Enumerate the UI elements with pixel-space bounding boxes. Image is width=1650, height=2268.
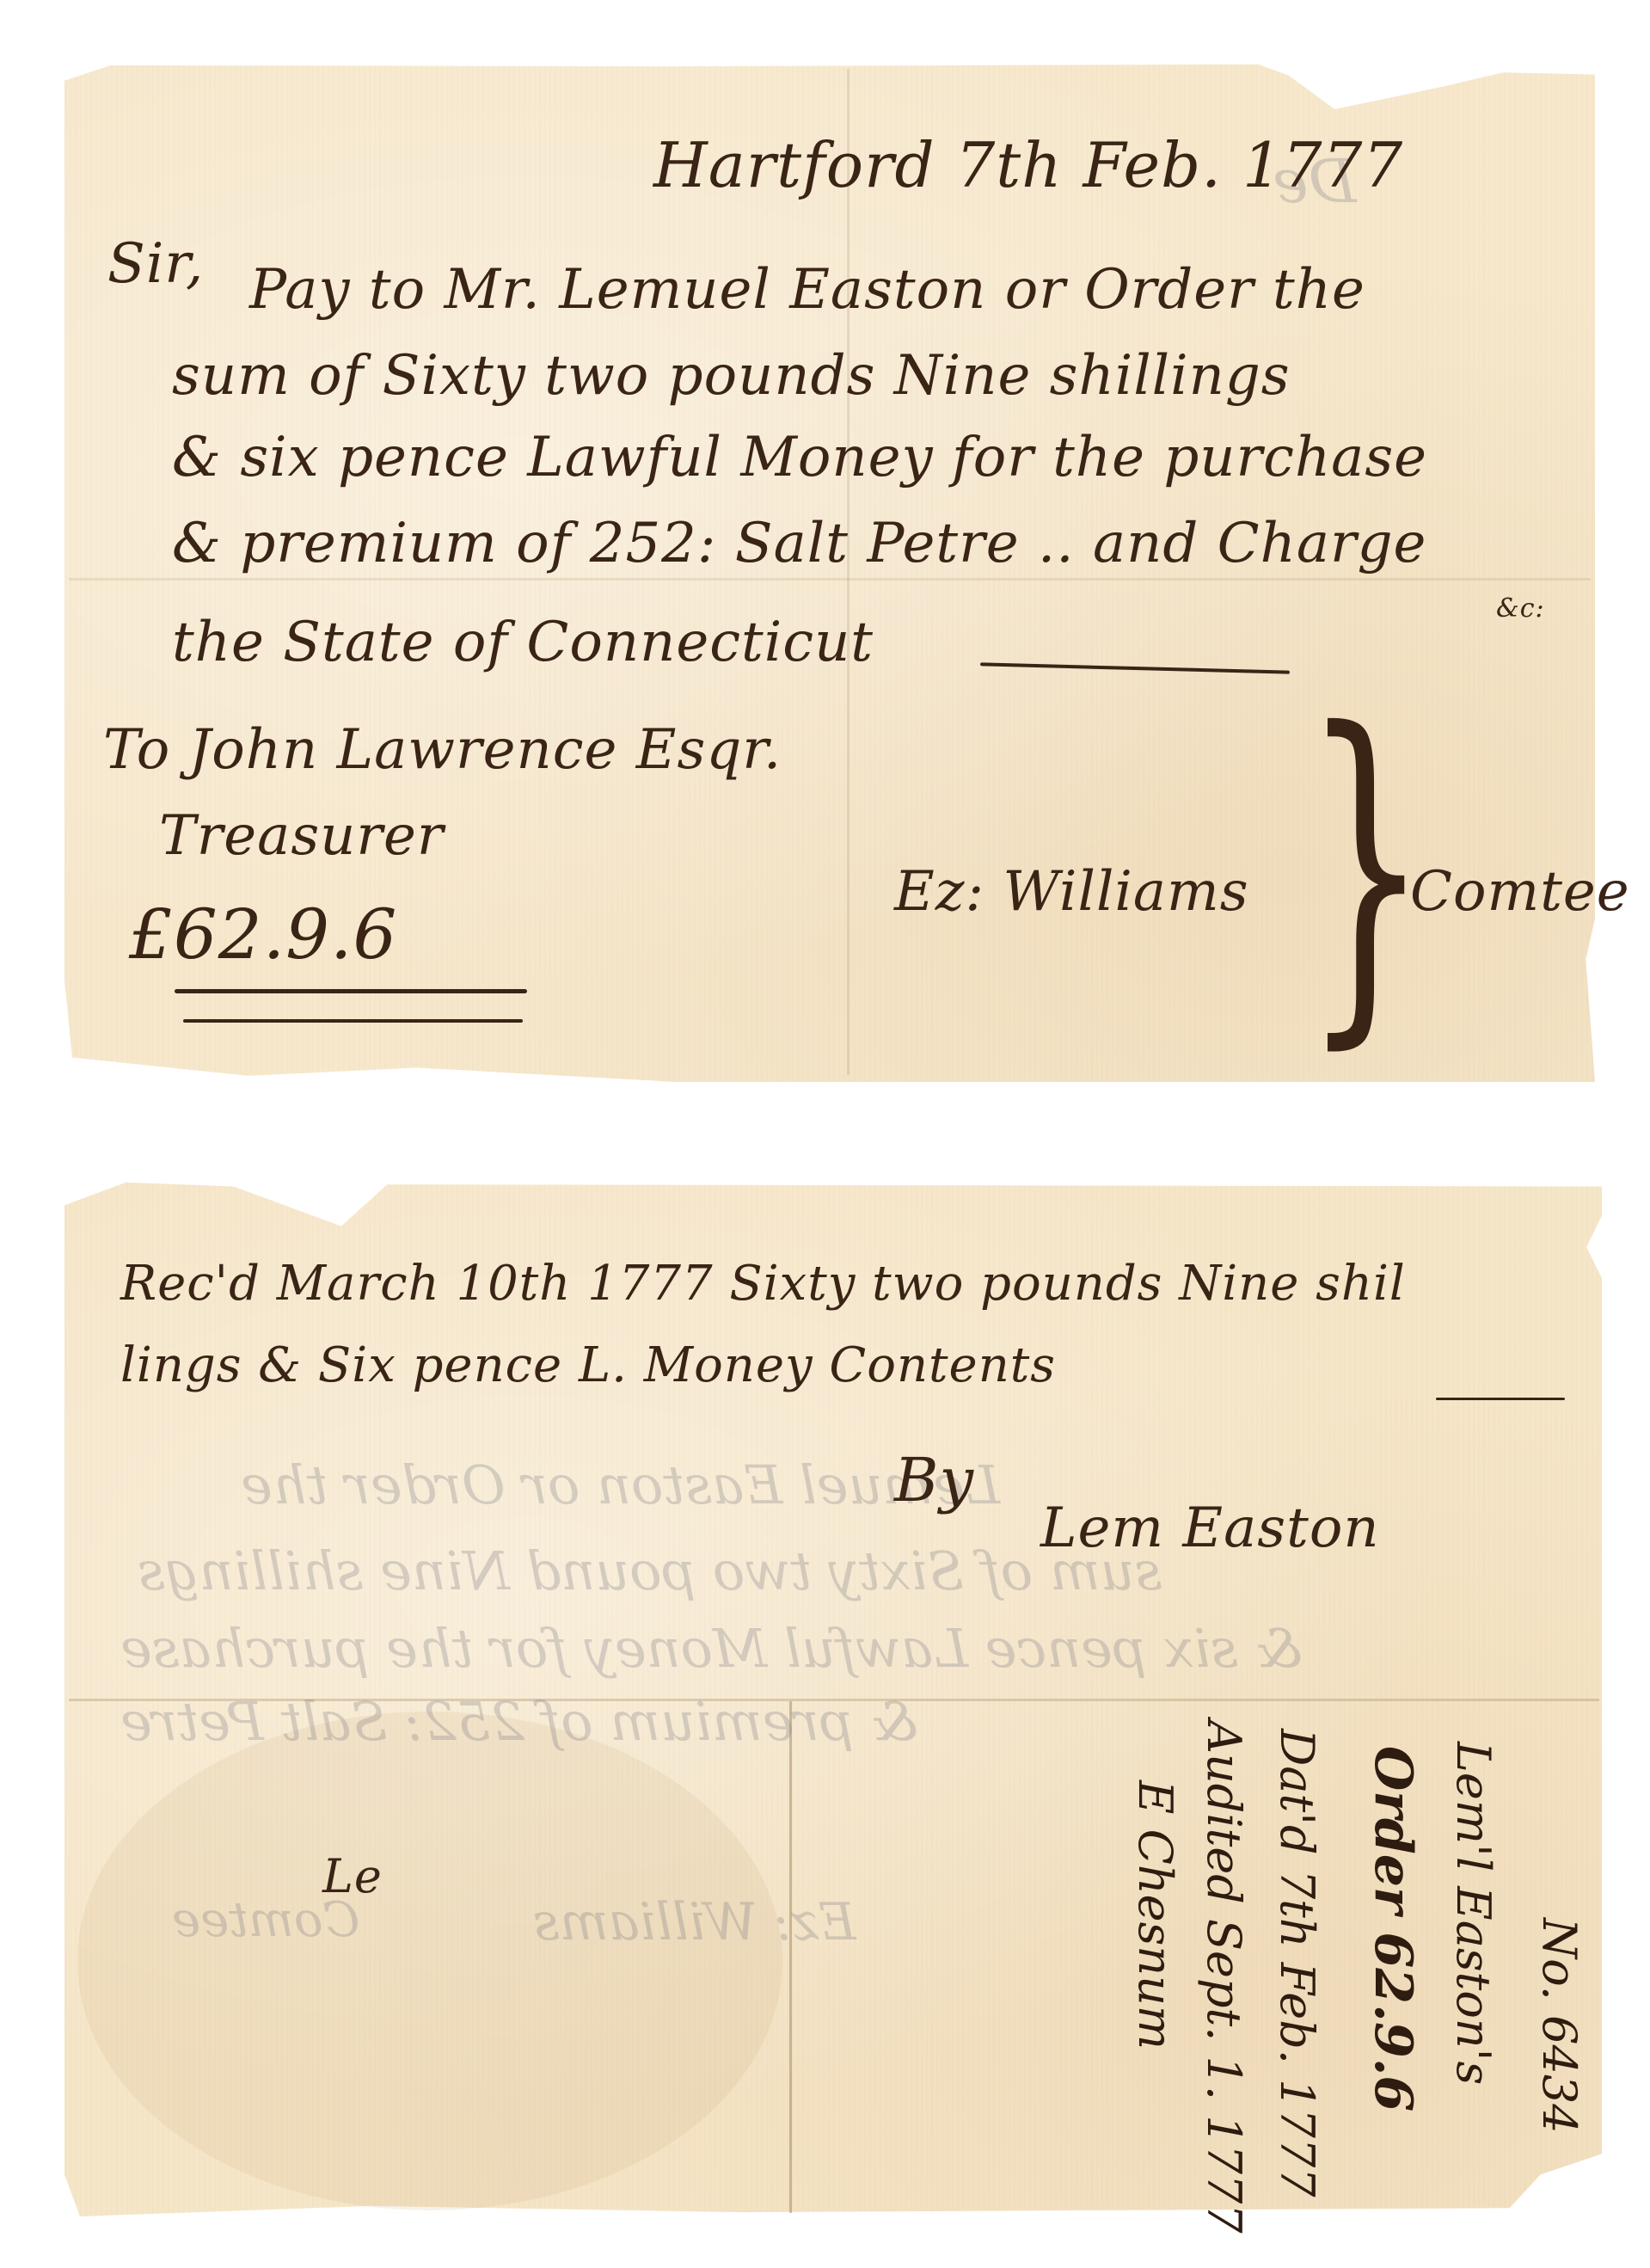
- addressee-line-1: To John Lawrence Esqr.: [103, 718, 782, 782]
- receipt-line-2: lings & Six pence L. Money Contents: [120, 1337, 1056, 1393]
- receipt-by: By: [894, 1445, 974, 1515]
- vertical-fold-line: [789, 1701, 792, 2213]
- bleed-through-line-3: & six pence Lawful Money for the purchas…: [120, 1617, 1303, 1680]
- salutation: Sir,: [107, 232, 204, 296]
- mark-le: Le: [322, 1849, 383, 1903]
- docket-audited: Audited Sept. 1. 1777: [1197, 1720, 1251, 2234]
- body-line-5: the State of Connecticut: [172, 611, 874, 674]
- addressee-line-2: Treasurer: [159, 804, 444, 868]
- bleed-through-line-1: Lemuel Easton or Order the: [241, 1454, 1000, 1516]
- amount: £62.9.6: [129, 894, 397, 974]
- bleed-through-signature: Ez: Williams: [533, 1892, 856, 1952]
- charge-abbrev: &c:: [1496, 593, 1545, 624]
- dateline: Hartford 7th Feb. 1777: [653, 129, 1403, 201]
- docket-number: No. 6434: [1532, 1918, 1586, 2134]
- docket-payee: Lem'l Easton's: [1446, 1742, 1500, 2085]
- signature-ez-williams: Ez: Williams: [894, 860, 1249, 924]
- amount-underline-2: [183, 1019, 523, 1023]
- body-line-2: sum of Sixty two pounds Nine shillings: [172, 344, 1291, 408]
- bleed-through-line-4: & premium of 252: Salt Petre: [120, 1690, 918, 1753]
- paper-stain: [77, 1712, 782, 2210]
- signature-title: Comtee: [1410, 860, 1630, 924]
- body-line-4: & premium of 252: Salt Petre .. and Char…: [172, 512, 1426, 575]
- amount-underline-1: [175, 989, 527, 993]
- body-line-3: & six pence Lawful Money for the purchas…: [172, 426, 1427, 489]
- receipt-flourish: [1436, 1398, 1565, 1400]
- body-line-1: Pay to Mr. Lemuel Easton or Order the: [249, 258, 1365, 322]
- docket-dated: Dat'd 7th Feb. 1777: [1270, 1729, 1324, 2197]
- receipt-signature: Lem Easton: [1040, 1497, 1380, 1560]
- docket-amount: Order 62.9.6: [1363, 1746, 1423, 2111]
- receipt-line-1: Rec'd March 10th 1777 Sixty two pounds N…: [120, 1256, 1406, 1312]
- bleed-through-line-2: sum of Sixty two pound Nine shillings: [138, 1540, 1162, 1602]
- horizontal-fold-line: [69, 578, 1591, 581]
- docket-auditor: E Chesnum: [1128, 1780, 1182, 2050]
